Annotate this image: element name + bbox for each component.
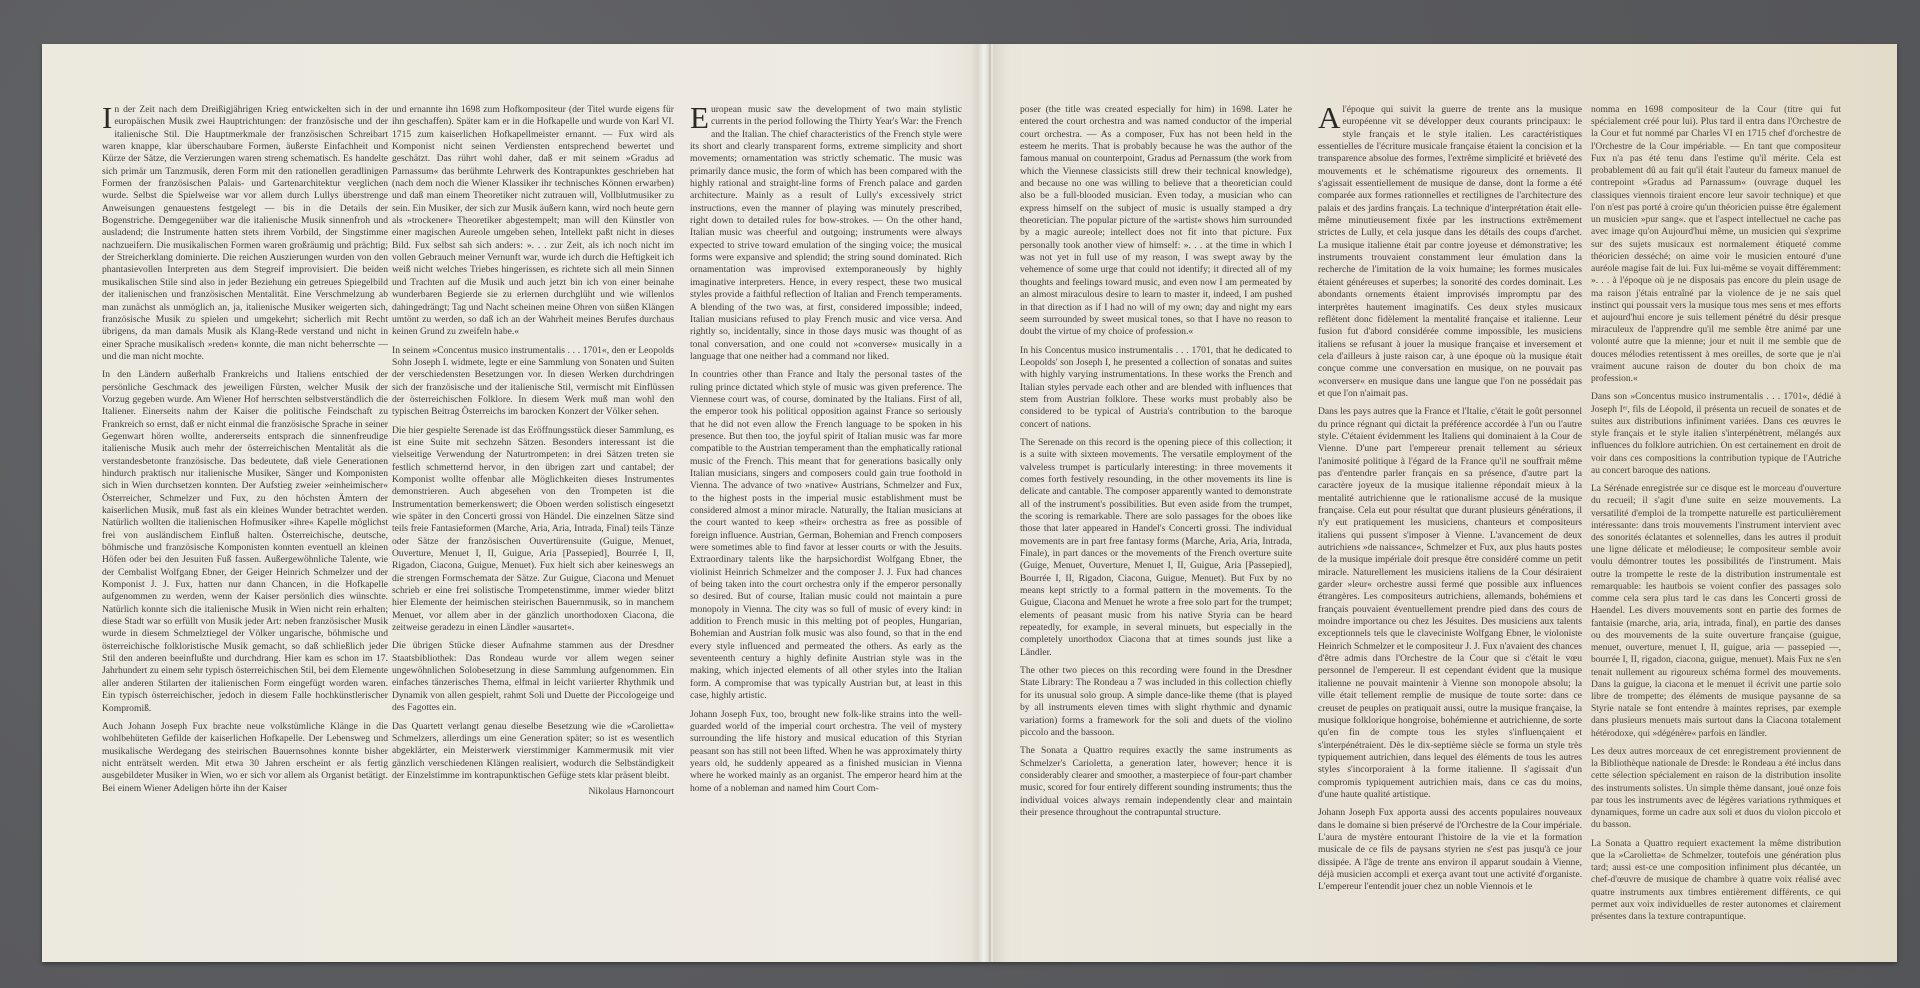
gatefold-crease-shadow-right [993,44,1007,962]
text-column-english-2: poser (the title was created especially … [1020,104,1292,825]
paragraph: nomma en 1698 compositeur de la Cour (ti… [1591,104,1841,385]
liner-notes-sheet: In der Zeit nach dem Dreißigjährigen Kri… [42,44,1897,962]
paragraph: European music saw the development of tw… [690,104,962,363]
text-column-french-1: A l'époque qui suivit la guerre de trent… [1318,104,1582,900]
drop-cap: A [1318,106,1340,130]
paragraph: In countries other than France and Italy… [690,369,962,702]
paragraph: poser (the title was created especially … [1020,104,1292,339]
paragraph: The other two pieces on this recording w… [1020,665,1292,739]
paragraph: Johann Joseph Fux, too, brought new folk… [690,709,962,795]
paragraph: In seinem »Concentus musico instrumental… [392,345,674,419]
paragraph: Les deux autres morceaux de cet enregist… [1591,746,1841,832]
paragraph: The Serenade on this record is the openi… [1020,437,1292,659]
drop-cap: I [102,106,112,130]
paragraph: Dans les pays autres que la France et l'… [1318,406,1582,801]
paragraph: und ernannte ihn 1698 zum Hofkompositeur… [392,104,674,339]
author-signature: Nikolaus Harnoncourt [392,786,674,798]
text-column-german-1: In der Zeit nach dem Dreißigjährigen Kri… [102,104,388,801]
paragraph: Auch Johann Joseph Fux brachte neue volk… [102,721,388,795]
gatefold-spine [989,44,991,962]
gatefold-crease-shadow [970,44,990,962]
drop-cap: E [690,106,709,130]
paragraph: Die übrigen Stücke dieser Aufnahme stamm… [392,640,674,714]
paragraph: Das Quartett verlangt genau dieselbe Bes… [392,721,674,783]
paragraph: La Sonata a Quattro requiert exactement … [1591,838,1841,924]
paragraph: A l'époque qui suivit la guerre de trent… [1318,104,1582,400]
paragraph: Die hier gespielte Serenade ist das Eröf… [392,425,674,635]
paragraph: Johann Joseph Fux apporta aussi des acce… [1318,807,1582,893]
paragraph: In den Ländern außerhalb Frankreichs und… [102,369,388,715]
paragraph: In his Concentus musico instrumentalis .… [1020,345,1292,431]
paragraph: In der Zeit nach dem Dreißigjährigen Kri… [102,104,388,363]
text-column-german-2: und ernannte ihn 1698 zum Hofkompositeur… [392,104,674,799]
paragraph: La Sérénade enregistrée sur ce disque es… [1591,483,1841,740]
text-column-french-2: nomma en 1698 compositeur de la Cour (ti… [1591,104,1841,929]
paragraph: Dans son »Concentus musico instrumentali… [1591,391,1841,477]
paragraph: The Sonata a Quattro requires exactly th… [1020,745,1292,819]
text-column-english-1: European music saw the development of tw… [690,104,962,801]
